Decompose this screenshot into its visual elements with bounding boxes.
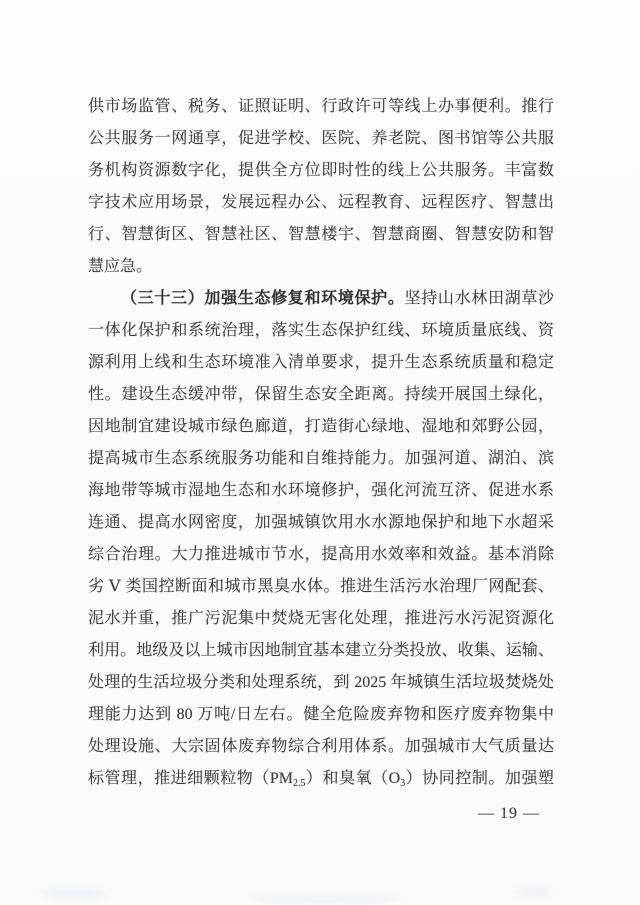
body-text: ）和臭氧（O: [305, 770, 400, 787]
body-text: 综合治理。大力推进城市节水，提高用水效率和效益。基本消除: [88, 546, 554, 563]
body-text: 处理的生活垃圾分类和处理系统，到 2025 年城镇生活垃圾焚烧处: [88, 674, 554, 691]
text-line: 因地制宜建设城市绿色廊道，打造街心绿地、湿地和郊野公园，: [88, 411, 554, 443]
body-text: 标管理，推进细颗粒物（PM: [88, 770, 293, 787]
body-text: 慧应急。: [88, 258, 152, 275]
scan-smudge: [40, 888, 110, 900]
text-line: 性。建设生态缓冲带，保留生态安全距离。持续开展国土绿化，: [88, 379, 554, 411]
scan-smudge: [250, 894, 400, 903]
body-text: 利用。地级及以上城市因地制宜基本建立分类投放、收集、运输、: [88, 642, 554, 659]
text-line: 行、智慧街区、智慧社区、智慧楼宇、智慧商圈、智慧安防和智: [88, 219, 554, 251]
subscript-text: 2.5: [293, 778, 306, 789]
text-line: 综合治理。大力推进城市节水，提高用水效率和效益。基本消除: [88, 539, 554, 571]
text-line: 慧应急。: [88, 251, 554, 283]
text-line: 提高城市生态系统服务功能和自维持能力。加强河道、湖泊、滨: [88, 443, 554, 475]
body-text: 连通、提高水网密度，加强城镇饮用水水源地保护和地下水超采: [88, 514, 554, 531]
body-text: 因地制宜建设城市绿色廊道，打造街心绿地、湿地和郊野公园，: [88, 418, 554, 435]
body-text: 务机构资源数字化，提供全方位即时性的线上公共服务。丰富数: [88, 162, 554, 179]
body-text: 供市场监管、税务、证照证明、行政许可等线上办事便利。推行: [88, 98, 554, 115]
body-text: 处理设施、大宗固体废弃物综合利用体系。加强城市大气质量达: [88, 738, 554, 755]
text-line: 理能力达到 80 万吨/日左右。健全危险废弃物和医疗废弃物集中: [88, 699, 554, 731]
text-line: 源利用上线和生态环境准入清单要求，提升生态系统质量和稳定: [88, 347, 554, 379]
text-line: 务机构资源数字化，提供全方位即时性的线上公共服务。丰富数: [88, 155, 554, 187]
section-heading: （三十三）加强生态修复和环境保护。: [121, 290, 405, 307]
text-line: 利用。地级及以上城市因地制宜基本建立分类投放、收集、运输、: [88, 635, 554, 667]
body-text: 理能力达到 80 万吨/日左右。健全危险废弃物和医疗废弃物集中: [88, 706, 554, 723]
document-page: 供市场监管、税务、证照证明、行政许可等线上办事便利。推行公共服务一网通享，促进学…: [0, 0, 640, 905]
body-text: 源利用上线和生态环境准入清单要求，提升生态系统质量和稳定: [88, 354, 554, 371]
body-text: 提高城市生态系统服务功能和自维持能力。加强河道、湖泊、滨: [88, 450, 554, 467]
text-line: 连通、提高水网密度，加强城镇饮用水水源地保护和地下水超采: [88, 507, 554, 539]
text-block: 供市场监管、税务、证照证明、行政许可等线上办事便利。推行公共服务一网通享，促进学…: [88, 91, 554, 795]
scan-smudge: [515, 887, 551, 897]
body-text: 泥水并重，推广污泥集中焚烧无害化处理，推进污水污泥资源化: [88, 610, 554, 627]
body-text: 性。建设生态缓冲带，保留生态安全距离。持续开展国土绿化，: [88, 386, 554, 403]
body-text: 公共服务一网通享，促进学校、医院、养老院、图书馆等公共服: [88, 130, 554, 147]
text-line: 公共服务一网通享，促进学校、医院、养老院、图书馆等公共服: [88, 123, 554, 155]
text-line: 一体化保护和系统治理，落实生态保护红线、环境质量底线、资: [88, 315, 554, 347]
text-line: 字技术应用场景，发展远程办公、远程教育、远程医疗、智慧出: [88, 187, 554, 219]
text-line: 处理设施、大宗固体废弃物综合利用体系。加强城市大气质量达: [88, 731, 554, 763]
text-line: 海地带等城市湿地生态和水环境修护，强化河流互济、促进水系: [88, 475, 554, 507]
body-text: 行、智慧街区、智慧社区、智慧楼宇、智慧商圈、智慧安防和智: [88, 226, 554, 243]
body-text: 坚持山水林田湖草沙: [405, 290, 554, 307]
text-line: 供市场监管、税务、证照证明、行政许可等线上办事便利。推行: [88, 91, 554, 123]
body-text: 一体化保护和系统治理，落实生态保护红线、环境质量底线、资: [88, 322, 554, 339]
body-text: 字技术应用场景，发展远程办公、远程教育、远程医疗、智慧出: [88, 194, 554, 211]
text-line: 标管理，推进细颗粒物（PM2.5）和臭氧（O3）协同控制。加强塑: [88, 763, 554, 795]
text-line: （三十三）加强生态修复和环境保护。坚持山水林田湖草沙: [88, 283, 554, 315]
body-text: 海地带等城市湿地生态和水环境修护，强化河流互济、促进水系: [88, 482, 554, 499]
body-text: 劣 Ⅴ 类国控断面和城市黑臭水体。推进生活污水治理厂网配套、: [88, 578, 554, 595]
page-number: — 19 —: [88, 805, 540, 823]
body-text: ）协同控制。加强塑: [405, 770, 554, 787]
text-line: 泥水并重，推广污泥集中焚烧无害化处理，推进污水污泥资源化: [88, 603, 554, 635]
text-line: 劣 Ⅴ 类国控断面和城市黑臭水体。推进生活污水治理厂网配套、: [88, 571, 554, 603]
text-line: 处理的生活垃圾分类和处理系统，到 2025 年城镇生活垃圾焚烧处: [88, 667, 554, 699]
